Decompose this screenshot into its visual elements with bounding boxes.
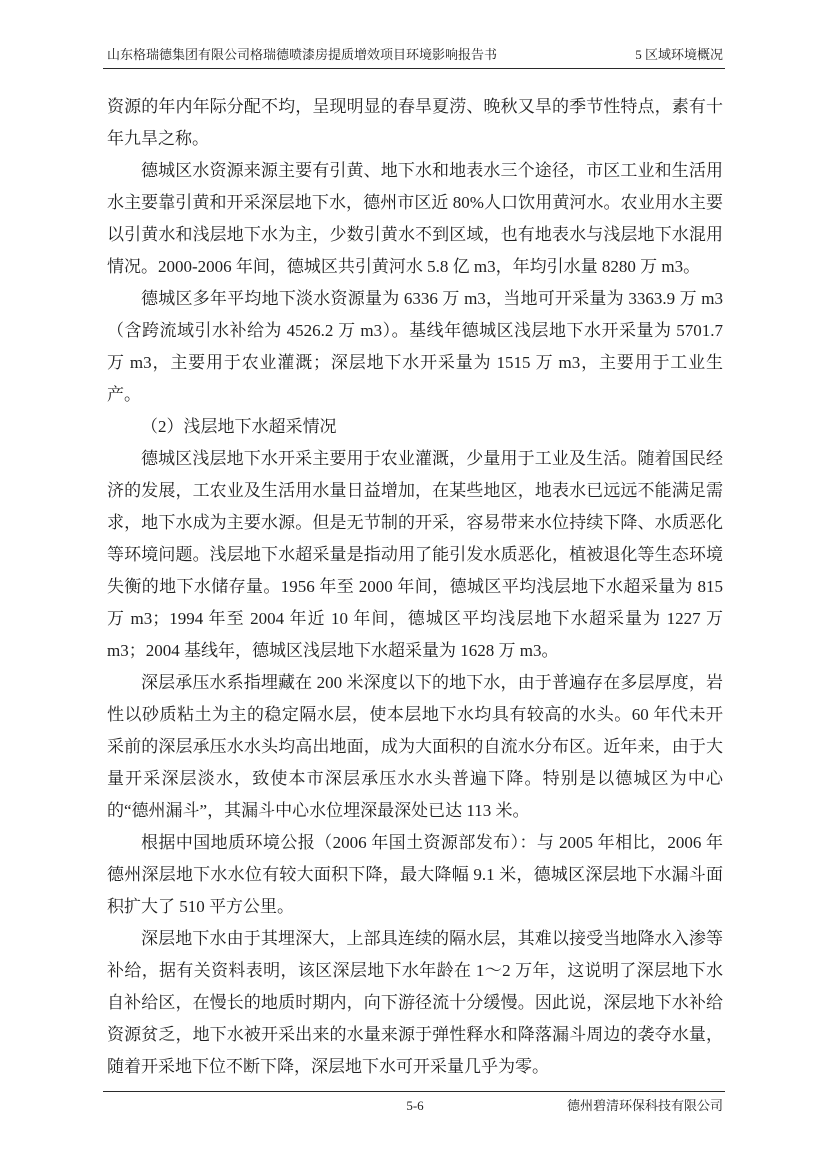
footer-rule (103, 1091, 725, 1092)
paragraph: 德城区浅层地下水开采主要用于农业灌溉，少量用于工业及生活。随着国民经济的发展，工… (107, 443, 723, 667)
paragraph: 深层承压水系指埋藏在 200 米深度以下的地下水，由于普遍存在多层厚度，岩性以砂… (107, 667, 723, 827)
paragraph: 德城区水资源来源主要有引黄、地下水和地表水三个途径，市区工业和生活用水主要靠引黄… (107, 155, 723, 283)
document-page: 山东格瑞德集团有限公司格瑞德喷漆房提质增效项目环境影响报告书 5 区域环境概况 … (0, 0, 827, 1169)
footer-company-name: 德州碧清环保科技有限公司 (567, 1097, 723, 1115)
subsection-heading: （2）浅层地下水超采情况 (107, 411, 723, 443)
document-body: 资源的年内年际分配不均，呈现明显的春旱夏涝、晚秋又旱的季节性特点，素有十年九旱之… (107, 91, 723, 1083)
page-header: 山东格瑞德集团有限公司格瑞德喷漆房提质增效项目环境影响报告书 5 区域环境概况 (107, 46, 723, 64)
paragraph: 资源的年内年际分配不均，呈现明显的春旱夏涝、晚秋又旱的季节性特点，素有十年九旱之… (107, 91, 723, 155)
header-report-title: 山东格瑞德集团有限公司格瑞德喷漆房提质增效项目环境影响报告书 (107, 46, 497, 64)
paragraph: 德城区多年平均地下淡水资源量为 6336 万 m3，当地可开采量为 3363.9… (107, 283, 723, 411)
header-section-label: 5 区域环境概况 (635, 46, 723, 64)
header-rule (103, 68, 725, 69)
paragraph: 深层地下水由于其埋深大，上部具连续的隔水层，其难以接受当地降水入渗等补给，据有关… (107, 923, 723, 1083)
page-footer: 5-6 德州碧清环保科技有限公司 (107, 1097, 723, 1115)
paragraph: 根据中国地质环境公报（2006 年国土资源部发布）：与 2005 年相比，200… (107, 827, 723, 923)
